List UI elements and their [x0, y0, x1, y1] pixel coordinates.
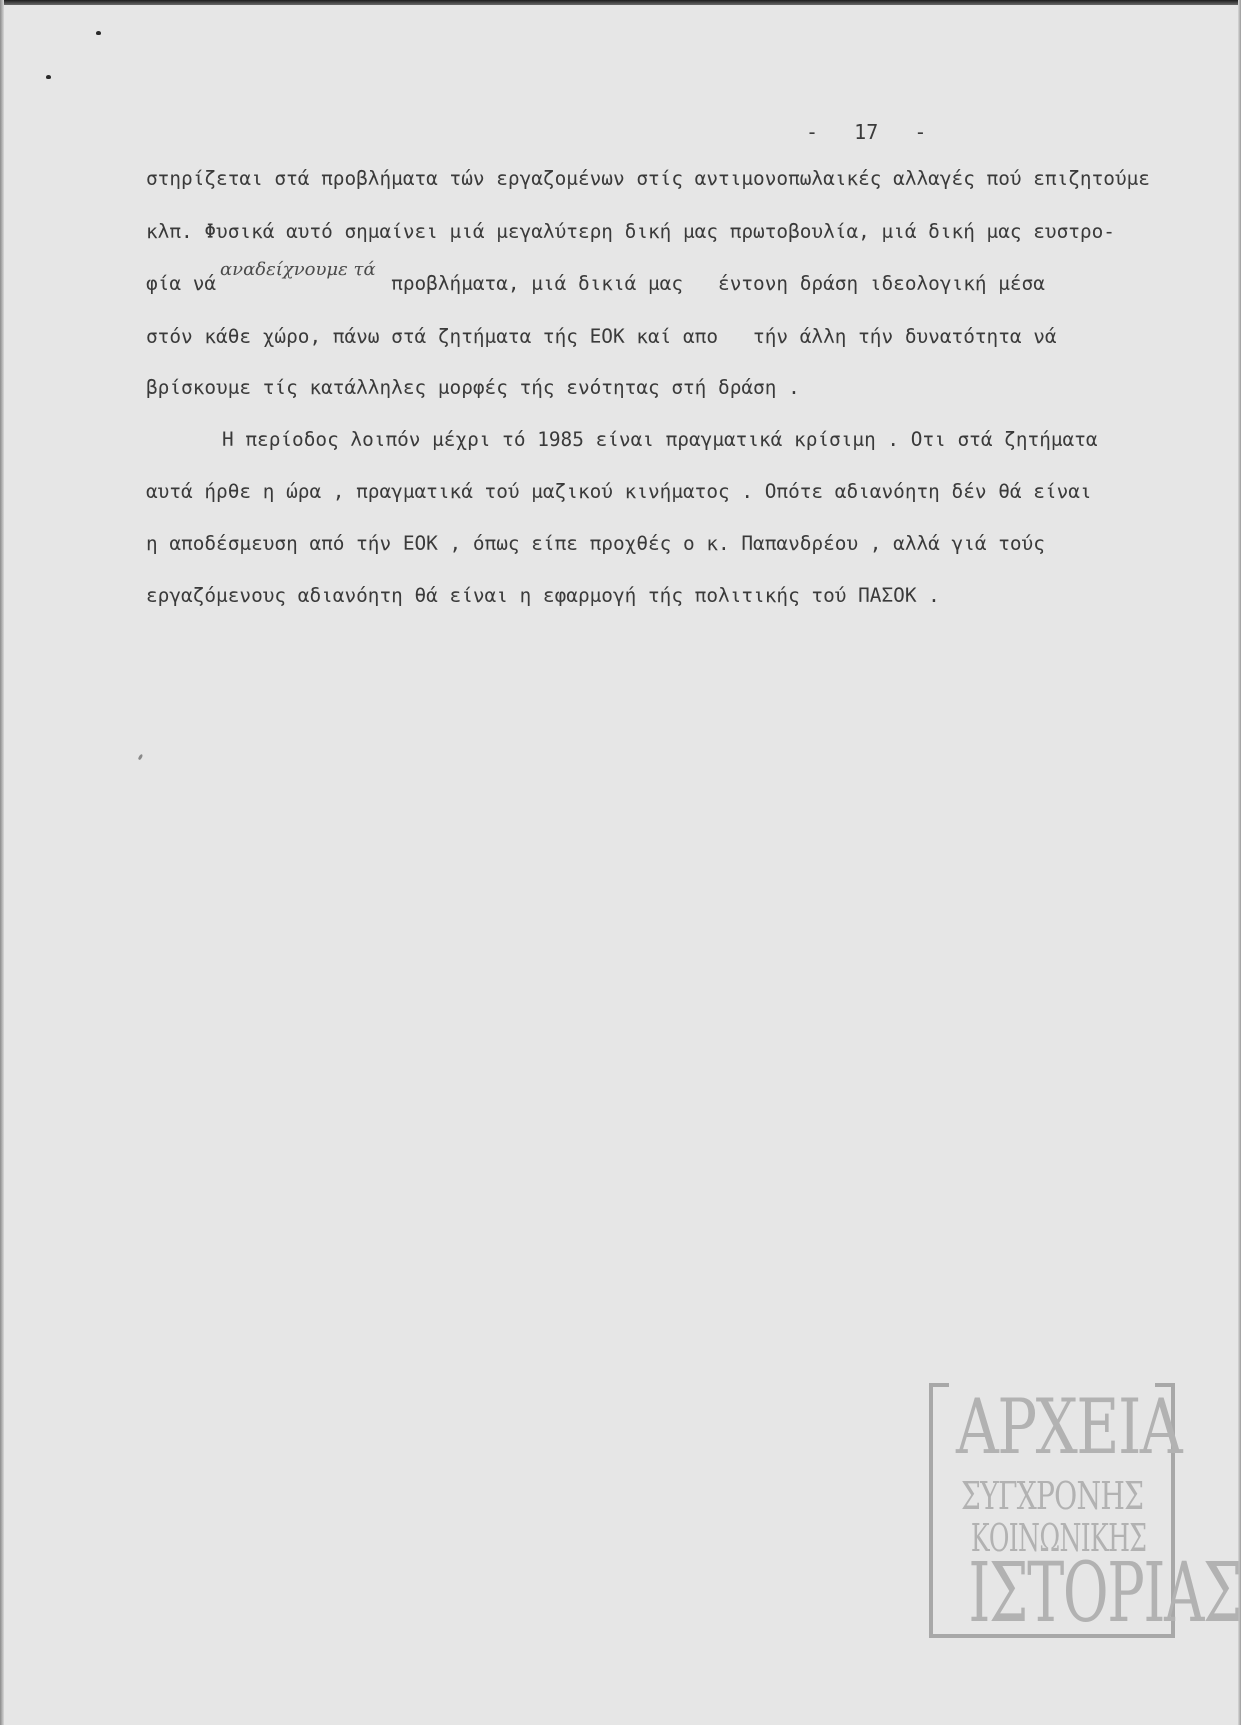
stamp-line: ΙΣΤΟΡΙΑΣ [968, 1553, 1135, 1635]
page-number: - 17 - [806, 120, 926, 144]
scan-edge-top [0, 0, 1241, 5]
stamp-frame-corner [929, 1383, 949, 1387]
text-line: κλπ. Φυσικά αυτό σημαίνει μιά μεγαλύτερη… [146, 220, 1115, 244]
scan-speck [138, 754, 144, 761]
text-line: εργαζόμενους αδιανόητη θά είναι η εφαρμο… [146, 584, 940, 608]
scan-speck [96, 31, 101, 35]
paragraph-start-line: Η περίοδος λοιπόν μέχρι τό 1985 είναι πρ… [222, 428, 1098, 452]
text-line: η αποδέσμευση από τήν ΕΟΚ , όπως είπε πρ… [146, 532, 1045, 556]
text-line: φία νά προβλήματα, μιά δικιά μας έντονη … [146, 272, 1045, 296]
scan-edge-left [0, 0, 4, 1725]
scan-speck [46, 75, 51, 79]
archive-stamp: ΑΡΧΕΙΑ ΣΥΓΧΡΟΝΗΣ ΚΟΙΝΩΝΙΚΗΣ ΙΣΤΟΡΙΑΣ [929, 1383, 1175, 1638]
text-line: στόν κάθε χώρο, πάνω στά ζητήματα τής ΕΟ… [146, 325, 1057, 349]
text-line: αυτά ήρθε η ώρα , πραγματικά τού μαζικού… [146, 480, 1092, 504]
text-line: βρίσκουμε τίς κατάλληλες μορφές τής ενότ… [146, 376, 800, 400]
text-line: στηρίζεται στά προβλήματα τών εργαζομένω… [146, 167, 1150, 191]
stamp-line: ΣΥΓΧΡΟΝΗΣ [961, 1477, 1143, 1515]
stamp-line: ΑΡΧΕΙΑ [956, 1389, 1148, 1465]
